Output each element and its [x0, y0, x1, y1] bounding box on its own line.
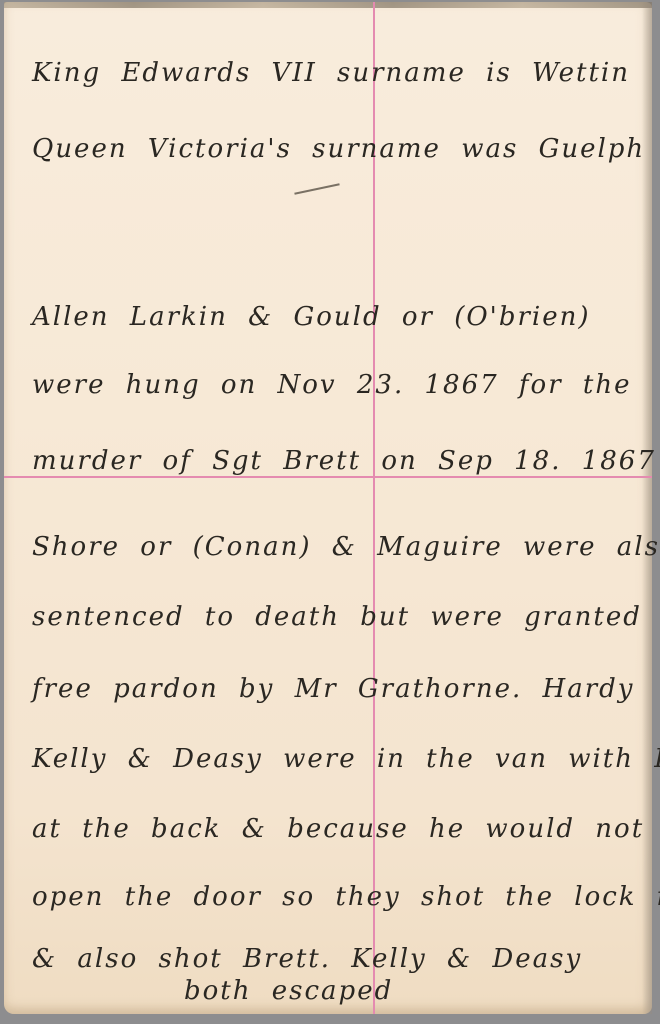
- handwritten-line: were hung on Nov 23. 1867 for the: [32, 370, 631, 400]
- handwritten-line: at the back & because he would not: [32, 814, 644, 844]
- handwritten-line: King Edwards VII surname is Wettin: [32, 58, 630, 88]
- handwritten-line: Shore or (Conan) & Maguire were also: [32, 532, 660, 562]
- handwritten-line: Queen Victoria's surname was Guelph: [32, 134, 645, 164]
- section-divider-stroke: [294, 183, 339, 195]
- handwritten-line: both escaped: [184, 976, 393, 1006]
- handwritten-line: free pardon by Mr Grathorne. Hardy: [32, 674, 634, 704]
- handwritten-line: & also shot Brett. Kelly & Deasy: [32, 944, 582, 974]
- notebook-page: King Edwards VII surname is Wettin Queen…: [4, 2, 652, 1014]
- binding-edge: [4, 2, 652, 8]
- handwritten-line: Allen Larkin & Gould or (O'brien): [32, 302, 591, 332]
- handwritten-line: murder of Sgt Brett on Sep 18. 1867: [32, 446, 656, 476]
- handwritten-line: Kelly & Deasy were in the van with Brett: [32, 744, 660, 774]
- handwritten-line: sentenced to death but were granted a: [32, 602, 660, 632]
- horizontal-margin-rule: [4, 476, 652, 478]
- handwritten-line: open the door so they shot the lock in: [32, 882, 660, 912]
